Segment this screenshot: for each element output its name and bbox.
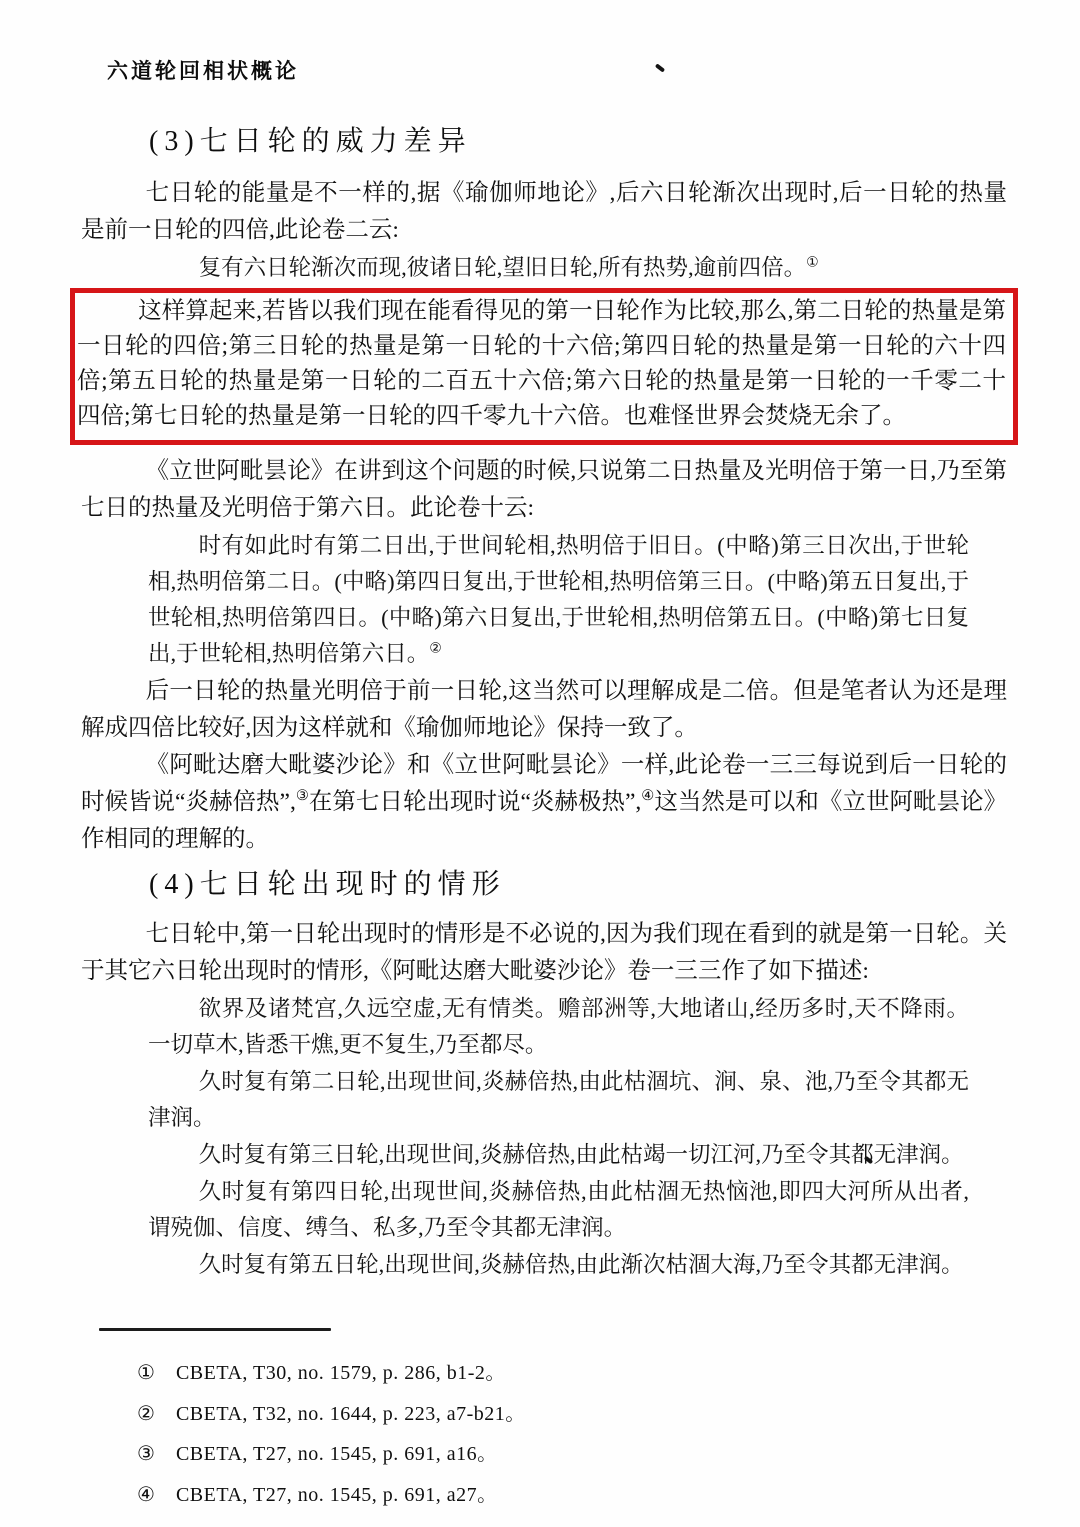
section3-paragraph-2: 《立世阿毗昙论》在讲到这个问题的时候,只说第二日热量及光明倍于第一日,乃至第七日… bbox=[81, 453, 1007, 527]
red-highlight-box: 这样算起来,若皆以我们现在能看得见的第一日轮作为比较,那么,第二日轮的热量是第一… bbox=[70, 288, 1018, 445]
vibhasa-quote-paragraph: 久时复有第二日轮,出现世间,炎赫倍热,由此枯涸坑、涧、泉、池,乃至令其都无津润。 bbox=[148, 1064, 969, 1136]
section4-heading: (4)七日轮出现时的情形 bbox=[149, 868, 1007, 902]
vibhasa-quote-paragraph: 久时复有第四日轮,出现世间,炎赫倍热,由此枯涸无热恼池,即四大河所从出者,谓殑伽… bbox=[148, 1174, 969, 1246]
footnote-item: ② CBETA, T32, no. 1644, p. 223, a7-b21。 bbox=[137, 1394, 1007, 1435]
section3-paragraph-4: 《阿毗达磨大毗婆沙论》和《立世阿毗昙论》一样,此论卷一三三每说到后一日轮的时候皆… bbox=[81, 747, 1007, 858]
footnote-list: ① CBETA, T30, no. 1579, p. 286, b1-2。 ② … bbox=[81, 1353, 1007, 1515]
footnote-separator bbox=[99, 1328, 331, 1331]
footnote-marker-1: ① bbox=[806, 256, 819, 271]
quote-text: 时有如此时有第二日出,于世间轮相,热明倍于旧日。(中略)第三日次出,于世轮相,热… bbox=[148, 533, 969, 666]
vibhasa-quote-paragraph: 欲界及诸梵宫,久远空虚,无有情类。赡部洲等,大地诸山,经历多时,天不降雨。一切草… bbox=[148, 991, 969, 1063]
vibhasa-quote-paragraph: 久时复有第三日轮,出现世间,炎赫倍热,由此枯竭一切江河,乃至令其都无津润。 bbox=[148, 1137, 969, 1173]
footnotes-block: ① CBETA, T30, no. 1579, p. 286, b1-2。 ② … bbox=[81, 1328, 1007, 1515]
highlighted-paragraph: 这样算起来,若皆以我们现在能看得见的第一日轮作为比较,那么,第二日轮的热量是第一… bbox=[77, 294, 1006, 434]
footnote-number: ① bbox=[137, 1353, 155, 1394]
footnote-item: ① CBETA, T30, no. 1579, p. 286, b1-2。 bbox=[137, 1353, 1007, 1394]
footnote-marker-2: ② bbox=[429, 642, 442, 657]
footnote-citation: CBETA, T27, no. 1545, p. 691, a16。 bbox=[176, 1434, 498, 1475]
footnote-item: ③ CBETA, T27, no. 1545, p. 691, a16。 bbox=[137, 1434, 1007, 1475]
footnote-item: ④ CBETA, T27, no. 1545, p. 691, a27。 bbox=[137, 1475, 1007, 1516]
book-page: 六道轮回相状概论 (3)七日轮的威力差异 七日轮的能量是不一样的,据《瑜伽师地论… bbox=[0, 0, 1080, 1527]
section3-paragraph-3: 后一日轮的热量光明倍于前一日轮,这当然可以理解成是二倍。但是笔者认为还是理解成四… bbox=[81, 673, 1007, 747]
footnote-citation: CBETA, T27, no. 1545, p. 691, a27。 bbox=[176, 1475, 498, 1516]
quote-text: 复有六日轮渐次而现,彼诸日轮,望旧日轮,所有热势,逾前四倍。 bbox=[199, 255, 807, 280]
section3-paragraph-1: 七日轮的能量是不一样的,据《瑜伽师地论》,后六日轮渐次出现时,后一日轮的热量是前… bbox=[81, 175, 1007, 249]
section3-heading: (3)七日轮的威力差异 bbox=[149, 125, 1007, 159]
footnote-citation: CBETA, T30, no. 1579, p. 286, b1-2。 bbox=[176, 1353, 506, 1394]
section4-paragraph-1: 七日轮中,第一日轮出现时的情形是不必说的,因为我们现在看到的就是第一日轮。关于其… bbox=[81, 916, 1007, 990]
footnote-number: ② bbox=[137, 1394, 155, 1435]
running-header: 六道轮回相状概论 bbox=[107, 55, 1007, 85]
paragraph-text: 在第七日轮出现时说“炎赫极热”, bbox=[309, 789, 641, 815]
footnote-number: ④ bbox=[137, 1475, 155, 1516]
lokasthana-quote: 时有如此时有第二日出,于世间轮相,热明倍于旧日。(中略)第三日次出,于世轮相,热… bbox=[148, 528, 969, 672]
vibhasa-quote-paragraph: 久时复有第五日轮,出现世间,炎赫倍热,由此渐次枯涸大海,乃至令其都无津润。 bbox=[148, 1247, 969, 1283]
yogacarabhumi-quote: 复有六日轮渐次而现,彼诸日轮,望旧日轮,所有热势,逾前四倍。① bbox=[148, 250, 969, 286]
footnote-marker-4: ④ bbox=[641, 788, 654, 804]
footnote-citation: CBETA, T32, no. 1644, p. 223, a7-b21。 bbox=[176, 1394, 526, 1435]
footnote-marker-3: ③ bbox=[296, 788, 309, 804]
footnote-number: ③ bbox=[137, 1434, 155, 1475]
